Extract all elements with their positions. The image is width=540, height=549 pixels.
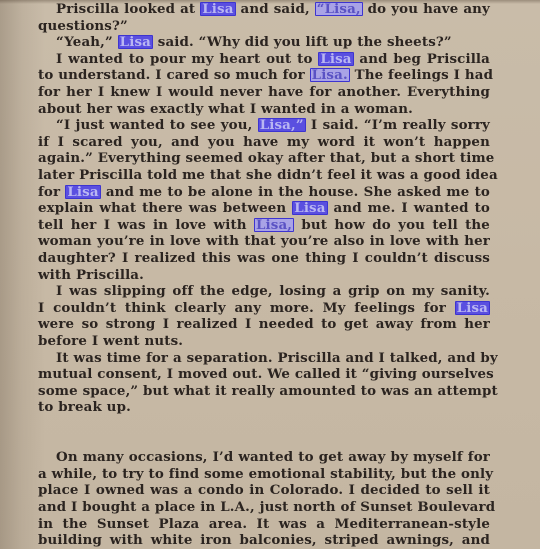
highlighted-search-match[interactable]: Lisa,” xyxy=(258,118,306,132)
text-segment: to understand. I cared so much for xyxy=(38,67,310,83)
text-line: with Priscilla. xyxy=(38,267,490,283)
text-segment: daughter? I realized this was one thing … xyxy=(38,250,490,266)
text-segment: building with white iron balconies, stri… xyxy=(38,532,490,548)
text-line: before I went nuts. xyxy=(38,333,490,349)
text-line: place I owned was a condo in Colorado. I… xyxy=(38,482,490,498)
highlighted-search-match[interactable]: Lisa xyxy=(455,301,490,315)
highlighted-search-match[interactable]: Lisa, xyxy=(254,218,294,232)
text-line: in the Sunset Plaza area. It was a Medit… xyxy=(38,516,490,532)
text-segment: and said, xyxy=(236,1,315,17)
text-segment: Priscilla looked at xyxy=(56,1,200,17)
text-segment: On many occasions, I’d wanted to get awa… xyxy=(56,449,490,465)
text-line: building with white iron balconies, stri… xyxy=(38,532,490,548)
text-segment: to break up. xyxy=(38,399,131,415)
text-segment: and beg Priscilla xyxy=(354,51,490,67)
highlighted-search-match[interactable]: Lisa xyxy=(118,35,153,49)
text-segment: and me to be alone in the house. She ask… xyxy=(101,184,490,200)
text-line: woman you’re in love with that you’re al… xyxy=(38,233,490,249)
text-line: for her I knew I would never have for an… xyxy=(38,84,490,100)
text-segment: do you have any xyxy=(363,1,490,17)
text-line: about her was exactly what I wanted in a… xyxy=(38,101,490,117)
text-segment: with Priscilla. xyxy=(38,267,144,283)
text-segment: “Yeah,” xyxy=(56,34,118,50)
text-line: “I just wanted to see you, Lisa,” I said… xyxy=(56,117,490,133)
highlighted-search-match[interactable]: Lisa. xyxy=(310,68,350,82)
text-segment: explain what there was between xyxy=(38,200,292,216)
text-line: tell her I was in love with Lisa, but ho… xyxy=(38,217,490,233)
text-segment: woman you’re in love with that you’re al… xyxy=(38,233,490,249)
text-line: and I bought a place in L.A., just north… xyxy=(38,499,490,515)
text-segment: questions?” xyxy=(38,18,128,34)
text-line: were so strong I realized I needed to ge… xyxy=(38,316,490,332)
text-segment: place I owned was a condo in Colorado. I… xyxy=(38,482,490,498)
text-segment: in the Sunset Plaza area. It was a Medit… xyxy=(38,516,490,532)
text-line: I wanted to pour my heart out to Lisa an… xyxy=(56,51,490,67)
text-segment: and I bought a place in L.A., just north… xyxy=(38,499,495,515)
highlighted-search-match[interactable]: Lisa xyxy=(200,2,235,16)
text-line: I couldn’t think clearly any more. My fe… xyxy=(38,300,490,316)
text-segment: tell her I was in love with xyxy=(38,217,254,233)
text-line: “Yeah,” Lisa said. “Why did you lift up … xyxy=(56,34,490,50)
text-line: daughter? I realized this was one thing … xyxy=(38,250,490,266)
text-segment: mutual consent, I moved out. We called i… xyxy=(38,366,494,382)
text-line: some space,” but what it really amounted… xyxy=(38,383,490,399)
text-line: a while, to try to find some emotional s… xyxy=(38,466,490,482)
highlighted-search-match[interactable]: Lisa xyxy=(292,201,327,215)
text-line: for Lisa and me to be alone in the house… xyxy=(38,184,490,200)
text-segment: “I just wanted to see you, xyxy=(56,117,258,133)
text-segment: again.” Everything seemed okay after tha… xyxy=(38,150,494,166)
text-line: later Priscilla told me that she didn’t … xyxy=(38,167,490,183)
text-line: I was slipping off the edge, losing a gr… xyxy=(56,283,490,299)
text-segment: were so strong I realized I needed to ge… xyxy=(38,316,490,332)
highlighted-search-match[interactable]: “Lisa, xyxy=(315,2,363,16)
text-segment: I was slipping off the edge, losing a gr… xyxy=(56,283,490,299)
highlighted-search-match[interactable]: Lisa xyxy=(65,185,100,199)
text-segment: about her was exactly what I wanted in a… xyxy=(38,101,413,117)
text-line: explain what there was between Lisa and … xyxy=(38,200,490,216)
text-line: questions?” xyxy=(38,18,490,34)
text-segment: a while, to try to find some emotional s… xyxy=(38,466,493,482)
text-segment: I wanted to pour my heart out to xyxy=(56,51,318,67)
text-segment: if I scared you, and you have my word it… xyxy=(38,134,490,150)
text-segment: I couldn’t think clearly any more. My fe… xyxy=(38,300,455,316)
text-segment: and me. I wanted to xyxy=(328,200,490,216)
text-segment: for her I knew I would never have for an… xyxy=(38,84,490,100)
text-line: On many occasions, I’d wanted to get awa… xyxy=(56,449,490,465)
highlighted-search-match[interactable]: Lisa xyxy=(318,52,353,66)
text-segment: The feelings I had xyxy=(350,67,493,83)
text-line: again.” Everything seemed okay after tha… xyxy=(38,150,490,166)
text-line: to understand. I cared so much for Lisa.… xyxy=(38,67,490,83)
book-page: Priscilla looked at Lisa and said, “Lisa… xyxy=(0,0,540,549)
text-segment: some space,” but what it really amounted… xyxy=(38,383,498,399)
text-line: It was time for a separation. Priscilla … xyxy=(56,350,490,366)
text-segment: said. “Why did you lift up the sheets?” xyxy=(153,34,452,50)
text-line: mutual consent, I moved out. We called i… xyxy=(38,366,490,382)
text-line: to break up. xyxy=(38,399,490,415)
text-segment: later Priscilla told me that she didn’t … xyxy=(38,167,498,183)
text-line: if I scared you, and you have my word it… xyxy=(38,134,490,150)
text-line: Priscilla looked at Lisa and said, “Lisa… xyxy=(56,1,490,17)
text-segment: but how do you tell the xyxy=(294,217,490,233)
text-segment: I said. “I’m really sorry xyxy=(306,117,490,133)
text-segment: It was time for a separation. Priscilla … xyxy=(56,350,498,366)
text-segment: for xyxy=(38,184,65,200)
text-segment: before I went nuts. xyxy=(38,333,183,349)
